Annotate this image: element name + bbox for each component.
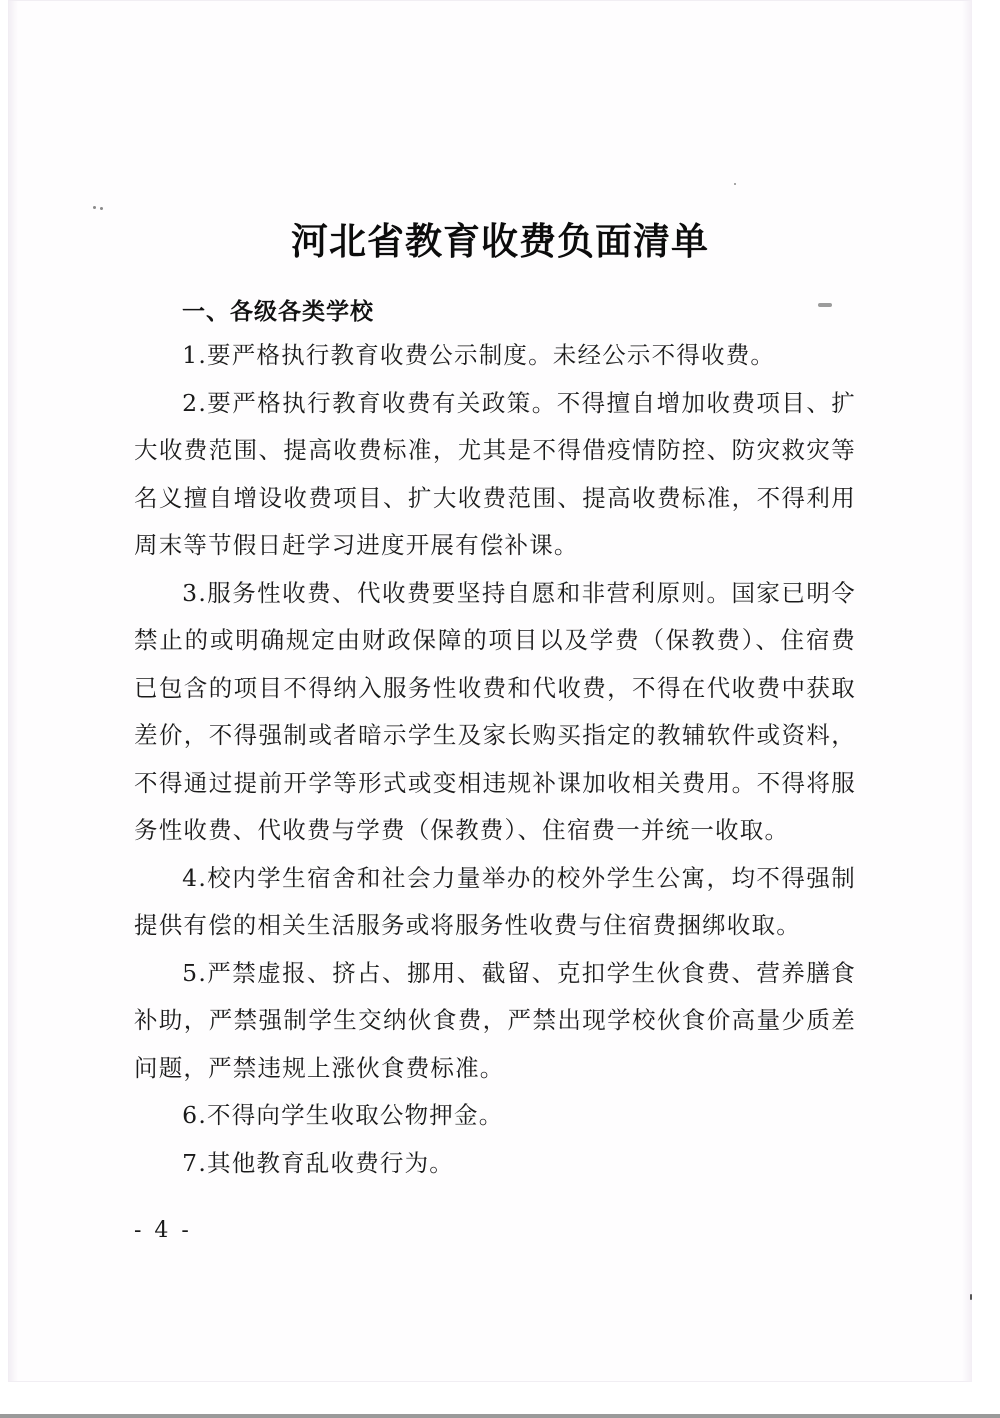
item-text: 其他教育乱收费行为。 [207, 1149, 454, 1177]
scan-smudge [818, 303, 832, 307]
item-number: 6. [182, 1101, 207, 1129]
item-text: 不得向学生收取公物押金。 [207, 1101, 503, 1129]
scan-speck [93, 206, 96, 209]
item-text: 校内学生宿舍和社会力量举办的校外学生公寓，均不得强制提供有偿的相关生活服务或将服… [134, 864, 856, 940]
list-item: 2.要严格执行教育收费有关政策。不得擅自增加收费项目、扩大收费范围、提高收费标准… [134, 380, 856, 570]
list-item: 6.不得向学生收取公物押金。 [134, 1092, 856, 1140]
viewer-bottom-border [0, 1414, 1000, 1418]
list-item: 4.校内学生宿舍和社会力量举办的校外学生公寓，均不得强制提供有偿的相关生活服务或… [134, 855, 856, 950]
item-number: 3. [182, 579, 207, 607]
item-text: 要严格执行教育收费有关政策。不得擅自增加收费项目、扩大收费范围、提高收费标准，尤… [134, 389, 856, 560]
section-heading: 一、各级各类学校 [182, 293, 374, 326]
item-number: 5. [182, 959, 207, 987]
scan-edge-right [962, 0, 972, 1382]
page-number: - 4 - [134, 1218, 192, 1243]
item-text: 要严格执行教育收费公示制度。未经公示不得收费。 [207, 341, 775, 369]
list-item: 5.严禁虚报、挤占、挪用、截留、克扣学生伙食费、营养膳食补助，严禁强制学生交纳伙… [134, 950, 856, 1093]
document-title: 河北省教育收费负面清单 [0, 211, 1000, 265]
scan-speck [100, 207, 103, 210]
item-number: 7. [182, 1149, 207, 1177]
item-number: 4. [182, 864, 207, 892]
item-text: 严禁虚报、挤占、挪用、截留、克扣学生伙食费、营养膳食补助，严禁强制学生交纳伙食费… [134, 959, 856, 1082]
scan-speck [734, 183, 736, 185]
list-item: 3.服务性收费、代收费要坚持自愿和非营利原则。国家已明令禁止的或明确规定由财政保… [134, 570, 856, 855]
scan-edge-left [8, 0, 18, 1382]
item-number: 1. [182, 341, 207, 369]
item-list: 1.要严格执行教育收费公示制度。未经公示不得收费。 2.要严格执行教育收费有关政… [134, 332, 856, 1187]
item-number: 2. [182, 389, 207, 417]
scan-speck [970, 1294, 972, 1300]
list-item: 7.其他教育乱收费行为。 [134, 1140, 856, 1188]
list-item: 1.要严格执行教育收费公示制度。未经公示不得收费。 [134, 332, 856, 380]
item-text: 服务性收费、代收费要坚持自愿和非营利原则。国家已明令禁止的或明确规定由财政保障的… [134, 579, 856, 845]
